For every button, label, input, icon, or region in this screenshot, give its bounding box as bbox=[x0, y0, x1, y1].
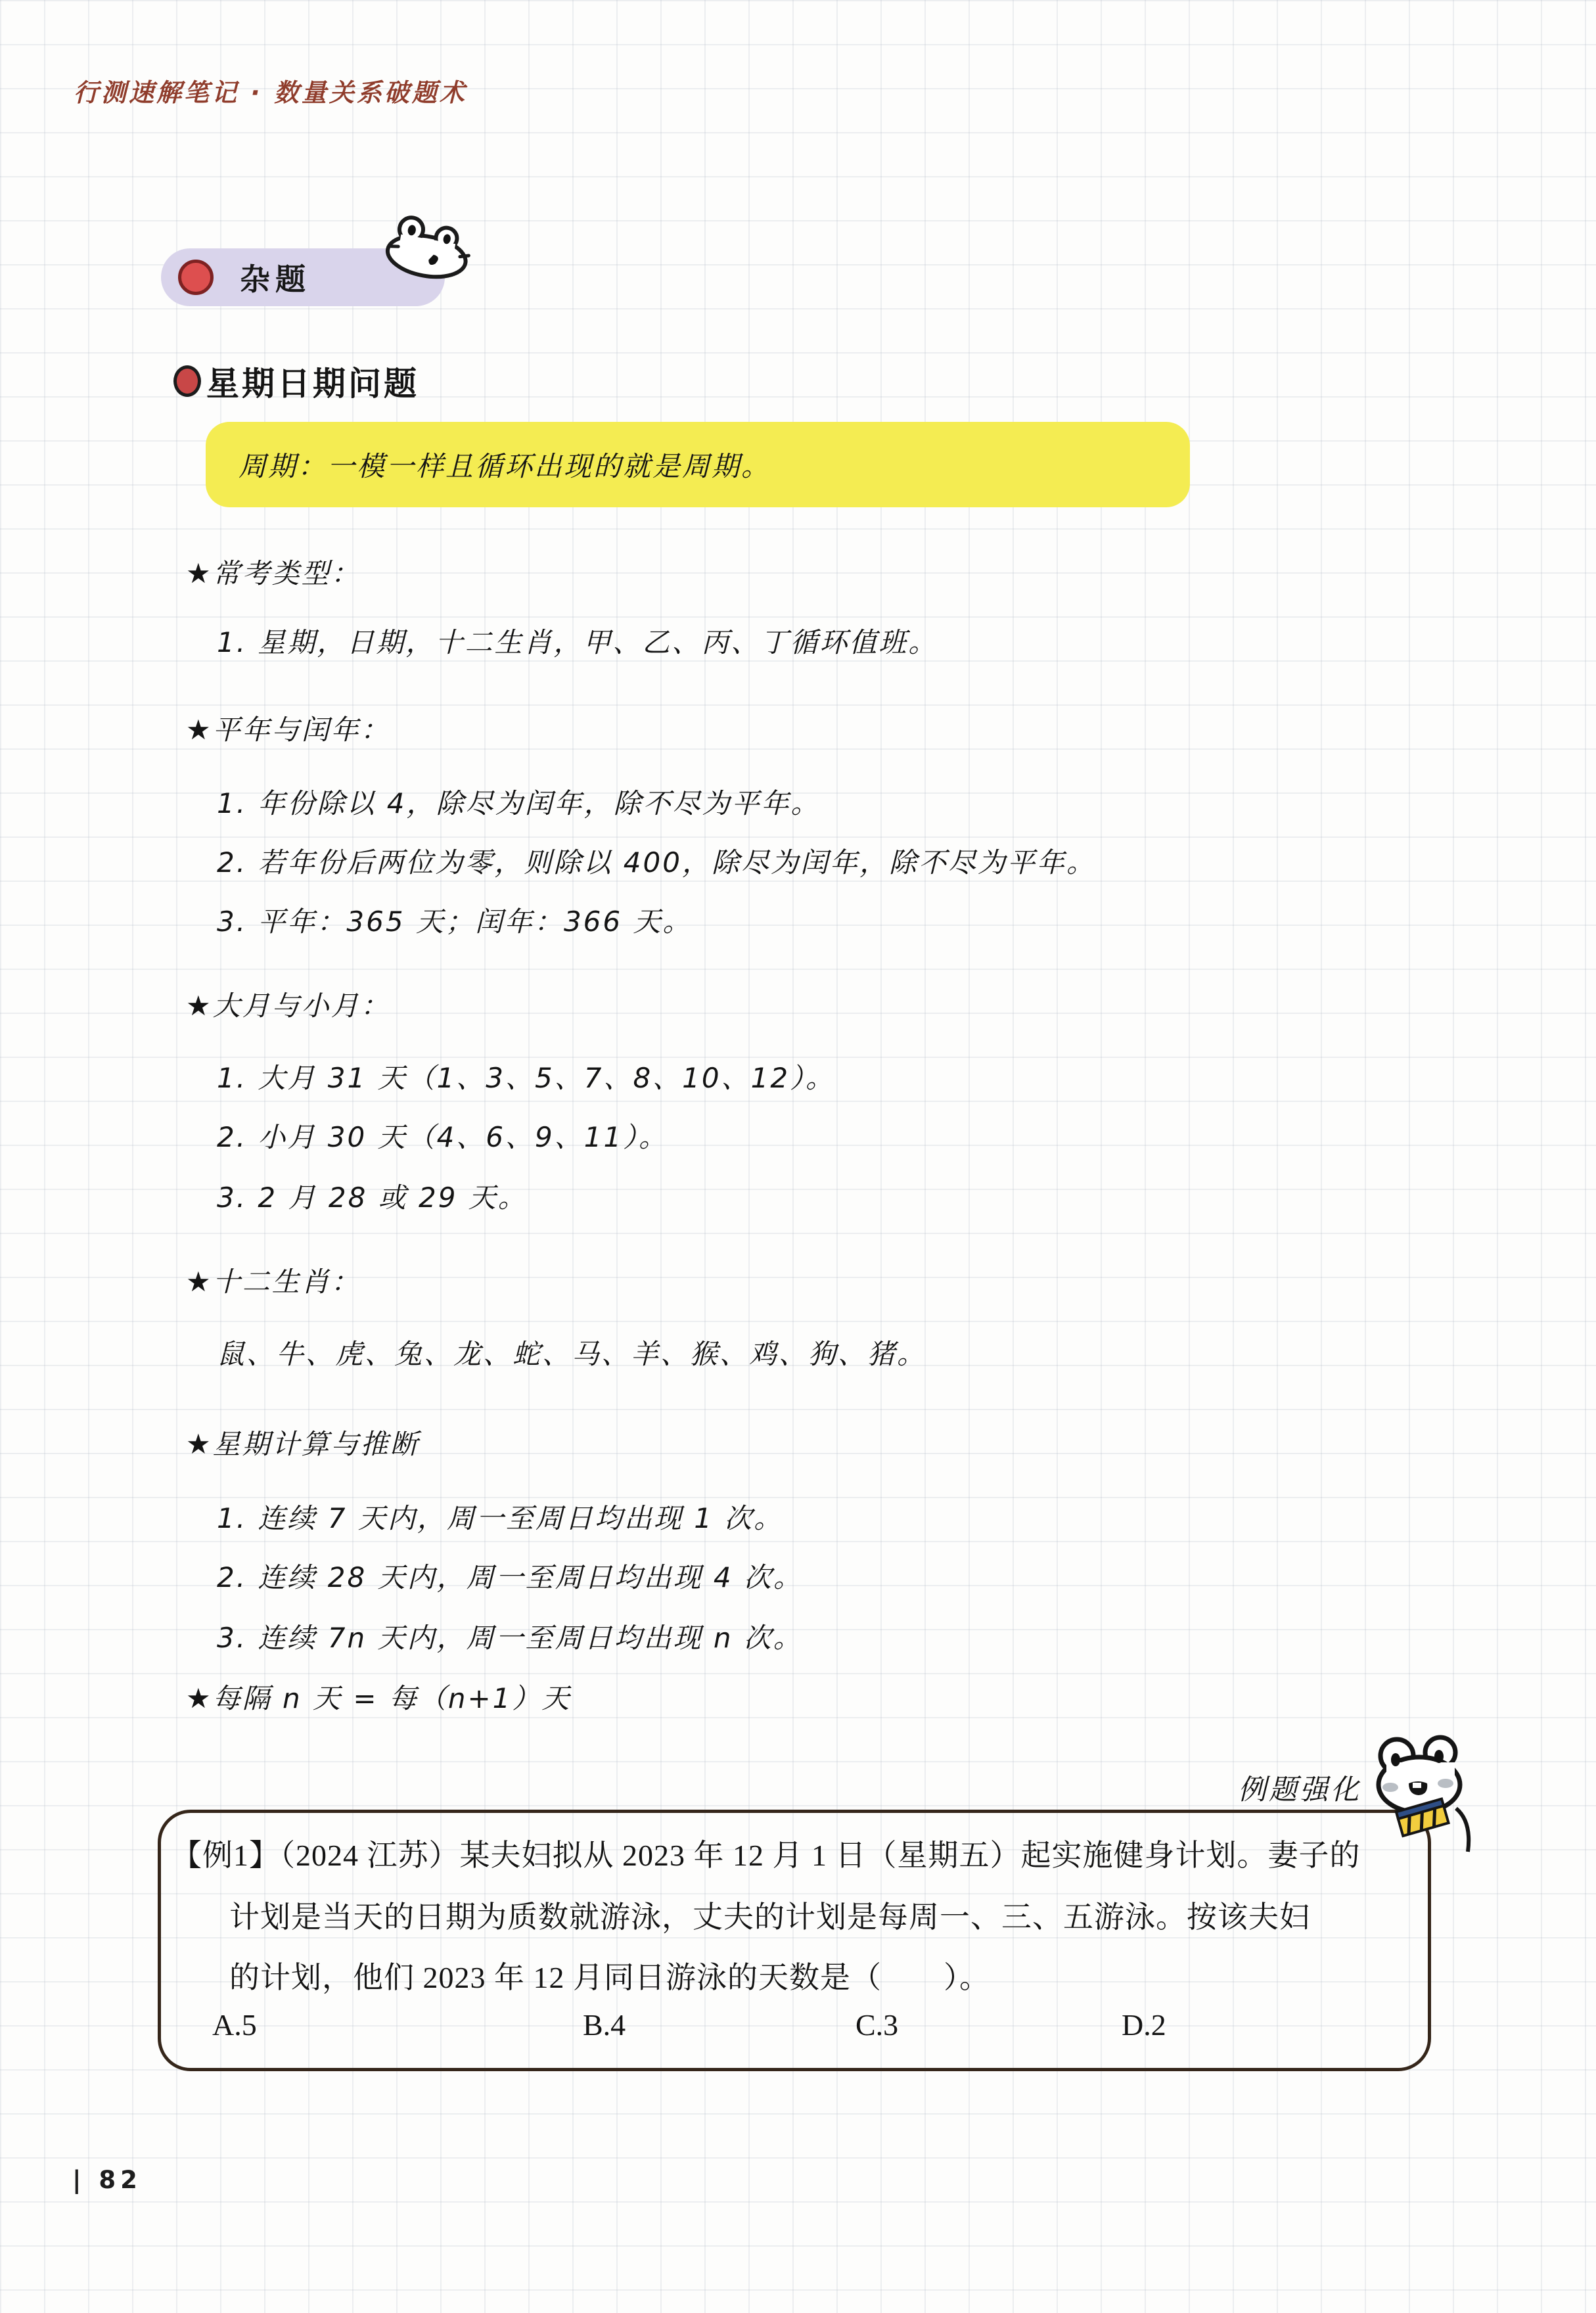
option-c: C.3 bbox=[855, 2007, 898, 2042]
example-line: 【例1】（2024 江苏）某夫妇拟从 2023 年 12 月 1 日（星期五）起… bbox=[171, 1831, 1361, 1875]
badge-red-dot-icon bbox=[178, 260, 214, 295]
example-line: 的计划，他们 2023 年 12 月同日游泳的天数是（ ）。 bbox=[229, 1954, 990, 1997]
block-item: 1. 星期，日期，十二生肖，甲、乙、丙、丁循环值班。 bbox=[217, 621, 938, 660]
block-item: 2. 小月 30 天（4、6、9、11）。 bbox=[217, 1116, 668, 1155]
example-line: 计划是当天的日期为质数就游泳，丈夫的计划是每周一、三、五游泳。按该夫妇 bbox=[229, 1893, 1310, 1936]
block-item: 2. 若年份后两位为零，则除以 400，除尽为闰年，除不尽为平年。 bbox=[217, 841, 1096, 881]
block-item: 2. 连续 28 天内，周一至周日均出现 4 次。 bbox=[217, 1556, 803, 1595]
example-section-label: 例题强化 bbox=[1238, 1768, 1361, 1808]
block-item: 3. 2 月 28 或 29 天。 bbox=[217, 1176, 528, 1216]
example-box: 【例1】（2024 江苏）某夫妇拟从 2023 年 12 月 1 日（星期五）起… bbox=[158, 1810, 1431, 2071]
option-a: A.5 bbox=[212, 2007, 257, 2042]
block-item: 1. 年份除以 4，除尽为闰年，除不尽为平年。 bbox=[217, 782, 821, 821]
option-b: B.4 bbox=[583, 2007, 626, 2042]
block-heading-weekcalc: ★星期计算与推断 bbox=[186, 1423, 420, 1462]
block-item: 1. 大月 31 天（1、3、5、7、8、10、12）。 bbox=[217, 1057, 835, 1096]
notebook-page: 行测速解笔记 · 数量关系破题术 杂题 星期日期问题 周期：一模一样且循环出现的… bbox=[0, 0, 1596, 2313]
block-item: 1. 连续 7 天内，周一至周日均出现 1 次。 bbox=[217, 1497, 783, 1536]
frog-doodle-icon bbox=[378, 216, 478, 284]
option-d: D.2 bbox=[1122, 2007, 1166, 2042]
block-heading-types: ★常考类型： bbox=[186, 552, 361, 591]
block-heading-every-n: ★每隔 n 天 = 每（n+1）天 bbox=[186, 1677, 571, 1716]
section-red-dot-icon bbox=[173, 365, 201, 397]
block-item: 鼠、牛、虎、兔、龙、蛇、马、羊、猴、鸡、狗、猪。 bbox=[217, 1333, 926, 1372]
block-item: 3. 连续 7n 天内，周一至周日均出现 n 次。 bbox=[217, 1616, 803, 1656]
highlight-note: 周期：一模一样且循环出现的就是周期。 bbox=[206, 422, 1190, 507]
page-number: | 82 bbox=[72, 2166, 142, 2194]
block-heading-zodiac: ★十二生肖： bbox=[186, 1260, 361, 1300]
block-heading-months: ★大月与小月： bbox=[186, 984, 390, 1024]
rabbit-doodle-icon bbox=[1368, 1735, 1478, 1854]
section-title-label: 星期日期问题 bbox=[206, 357, 419, 405]
topic-badge-label: 杂题 bbox=[240, 256, 311, 299]
section-title: 星期日期问题 bbox=[173, 357, 419, 405]
block-heading-leap-year: ★平年与闰年： bbox=[186, 708, 390, 748]
block-item: 3. 平年：365 天；闰年：366 天。 bbox=[217, 900, 692, 940]
book-header: 行测速解笔记 · 数量关系破题术 bbox=[74, 72, 467, 108]
highlight-text: 周期：一模一样且循环出现的就是周期。 bbox=[239, 445, 771, 484]
